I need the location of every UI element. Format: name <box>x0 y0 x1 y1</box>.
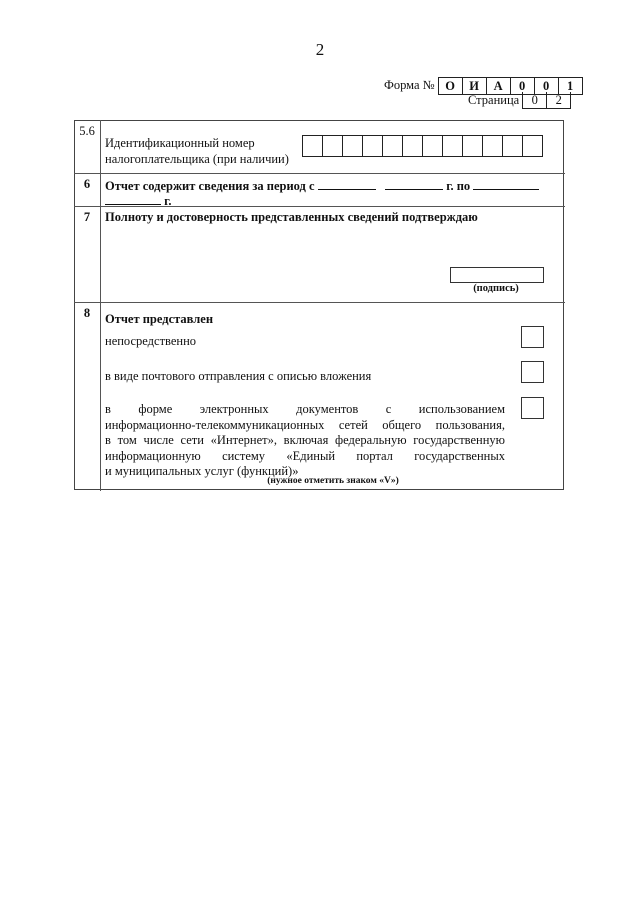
option-direct-label: непосредственно <box>105 334 196 350</box>
row-divider <box>74 173 565 174</box>
row-divider <box>74 302 565 303</box>
submission-title: Отчет представлен <box>105 312 213 328</box>
inn-digit-box[interactable] <box>403 135 423 157</box>
signature-field[interactable] <box>450 267 544 283</box>
inn-digit-box[interactable] <box>423 135 443 157</box>
page-code-cells: 0 2 <box>522 92 571 109</box>
inn-digit-box[interactable] <box>302 135 323 157</box>
option-direct-checkbox[interactable] <box>521 326 544 348</box>
inn-digit-box[interactable] <box>383 135 403 157</box>
period-to-year-field[interactable] <box>105 192 161 205</box>
year-label: г. <box>164 194 171 208</box>
electronic-line: в том числе сети «Интернет», включая фед… <box>105 433 505 449</box>
inn-digit-box[interactable] <box>443 135 463 157</box>
form-label: Форма № <box>384 78 435 93</box>
period-to-field[interactable] <box>473 177 539 190</box>
inn-digit-box[interactable] <box>523 135 543 157</box>
page-code-cell: 0 <box>522 92 547 109</box>
period-from-field[interactable] <box>318 177 376 190</box>
section-number-8: 8 <box>74 306 100 321</box>
confirmation-title: Полноту и достоверность представленных с… <box>105 210 478 226</box>
inn-digit-box[interactable] <box>503 135 523 157</box>
electronic-line: информационную систему «Единый портал го… <box>105 449 505 465</box>
form-code-cell: О <box>438 77 463 95</box>
inn-field[interactable] <box>302 135 543 157</box>
signature-caption: (подпись) <box>450 283 542 294</box>
inn-label-line1: Идентификационный номер <box>105 136 289 152</box>
inn-digit-box[interactable] <box>323 135 343 157</box>
section-number-7: 7 <box>74 210 100 225</box>
period-second-line: г. <box>105 192 172 210</box>
period-from-field-2[interactable] <box>385 177 443 190</box>
option-electronic-checkbox[interactable] <box>521 397 544 419</box>
inn-label-line2: налогоплательщика (при наличии) <box>105 152 289 168</box>
page-label: Страница <box>468 93 519 108</box>
inn-digit-box[interactable] <box>463 135 483 157</box>
inn-digit-box[interactable] <box>363 135 383 157</box>
electronic-line: информационно-телекоммуникационных сетей… <box>105 418 505 434</box>
inn-label: Идентификационный номер налогоплательщик… <box>105 136 289 167</box>
page-number: 2 <box>0 40 640 60</box>
period-to-label: г. по <box>446 179 470 193</box>
page-code: Страница 0 2 <box>468 92 571 108</box>
inn-digit-box[interactable] <box>483 135 503 157</box>
option-electronic-label: в форме электронных документов с использ… <box>105 402 505 480</box>
inn-digit-box[interactable] <box>343 135 363 157</box>
mark-instruction-note: (нужное отметить знаком «V») <box>102 476 564 486</box>
section-number-5-6: 5.6 <box>74 124 100 139</box>
page-code-cell: 2 <box>547 92 571 109</box>
option-mail-checkbox[interactable] <box>521 361 544 383</box>
period-text: Отчет содержит сведения за период с <box>105 179 315 193</box>
electronic-line: в форме электронных документов с использ… <box>105 402 505 418</box>
column-divider <box>100 120 101 491</box>
period-statement: Отчет содержит сведения за период с г. п… <box>105 177 563 195</box>
section-number-6: 6 <box>74 177 100 192</box>
option-mail-label: в виде почтового отправления с описью вл… <box>105 369 371 385</box>
